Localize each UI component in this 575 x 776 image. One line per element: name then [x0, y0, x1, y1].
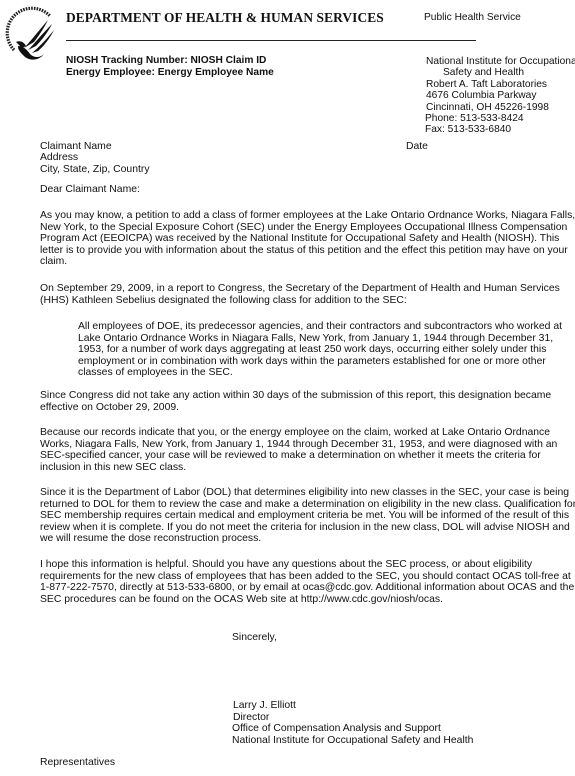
text-line: SEC membership requires certain medical … — [40, 510, 572, 522]
paragraph-dol-review: Since it is the Department of Labor (DOL… — [40, 487, 572, 545]
phone: Phone: 513-533-8424 — [425, 113, 575, 124]
service-name: Public Health Service — [424, 12, 521, 23]
hhs-eagle-seal-icon — [4, 2, 60, 64]
salutation: Dear Claimant Name: — [40, 184, 140, 195]
text-line: SEC procedures can be found on the OCAS … — [40, 594, 572, 606]
text-line: New York, to the Special Exposure Cohort… — [40, 222, 572, 234]
signature-block: Larry J. Elliott Director Office of Comp… — [232, 700, 473, 746]
sender-address: National Institute for Occupational Safe… — [426, 56, 575, 136]
text-line: On September 29, 2009, in a report to Co… — [40, 283, 572, 295]
class-definition: All employees of DOE, its predecessor ag… — [78, 321, 573, 379]
text-line: inclusion in this new SEC class. — [40, 462, 572, 474]
closing: Sincerely, — [232, 632, 277, 643]
department-title: DEPARTMENT OF HEALTH & HUMAN SERVICES — [66, 10, 384, 26]
text-line: 1-877-222-7570, directly at 513-533-6800… — [40, 582, 572, 594]
address-line: National Institute for Occupational — [426, 56, 575, 67]
address-line: 4676 Columbia Parkway — [426, 90, 575, 101]
recipient-name: Claimant Name — [40, 141, 150, 152]
paragraph-records: Because our records indicate that you, o… — [40, 427, 572, 473]
recipient-street: Address — [40, 152, 150, 163]
text-line: I hope this information is helpful. Shou… — [40, 559, 572, 571]
cc-representatives: Representatives — [40, 757, 115, 768]
text-line: Works, Niagara Falls, New York, from Jan… — [40, 439, 572, 451]
text-line: review when it is complete. If you do no… — [40, 522, 572, 534]
text-line: returned to DOL for them to review the c… — [40, 499, 572, 511]
text-line: As you may know, a petition to add a cla… — [40, 210, 572, 222]
recipient-address: Claimant Name Address City, State, Zip, … — [40, 141, 150, 175]
tracking-number: NIOSH Tracking Number: NIOSH Claim ID — [66, 55, 274, 67]
address-line: Robert A. Taft Laboratories — [426, 79, 575, 90]
letter-date: Date — [406, 141, 428, 152]
fax: Fax: 513-533-6840 — [425, 124, 575, 135]
signer-name: Larry J. Elliott — [232, 700, 473, 712]
claim-identifiers: NIOSH Tracking Number: NIOSH Claim ID En… — [66, 55, 274, 78]
energy-employee: Energy Employee: Energy Employee Name — [66, 67, 274, 79]
text-line: requirements for the new class of employ… — [40, 571, 572, 583]
text-line: classes of employees in the SEC. — [78, 367, 573, 379]
signer-institute: National Institute for Occupational Safe… — [232, 735, 473, 747]
text-line: Since it is the Department of Labor (DOL… — [40, 487, 572, 499]
text-line: we will resume the dose reconstruction p… — [40, 533, 572, 545]
text-line: claim. — [40, 256, 572, 268]
text-line: Because our records indicate that you, o… — [40, 427, 572, 439]
paragraph-effective-date: Since Congress did not take any action w… — [40, 390, 572, 413]
paragraph-petition: As you may know, a petition to add a cla… — [40, 210, 572, 268]
text-line: 1953, for a number of work days aggregat… — [78, 344, 573, 356]
address-line: Safety and Health — [426, 67, 575, 78]
signer-office: Office of Compensation Analysis and Supp… — [232, 723, 473, 735]
signer-title: Director — [232, 712, 473, 724]
text-line: Lake Ontario Ordnance Works in Niagara F… — [78, 333, 573, 345]
text-line: Since Congress did not take any action w… — [40, 390, 572, 402]
address-line: Cincinnati, OH 45226-1998 — [426, 102, 575, 113]
text-line: (HHS) Kathleen Sebelius designated the f… — [40, 295, 572, 307]
paragraph-designation: On September 29, 2009, in a report to Co… — [40, 283, 572, 306]
text-line: employment or in combination with work d… — [78, 356, 573, 368]
header-divider — [66, 40, 476, 41]
text-line: All employees of DOE, its predecessor ag… — [78, 321, 573, 333]
text-line: SEC-specified cancer, your case will be … — [40, 450, 572, 462]
paragraph-contact: I hope this information is helpful. Shou… — [40, 559, 572, 605]
recipient-city: City, State, Zip, Country — [40, 164, 150, 175]
text-line: letter is to provide you with informatio… — [40, 245, 572, 257]
text-line: effective on October 29, 2009. — [40, 402, 572, 414]
text-line: Program Act (EEOICPA) was received by th… — [40, 233, 572, 245]
